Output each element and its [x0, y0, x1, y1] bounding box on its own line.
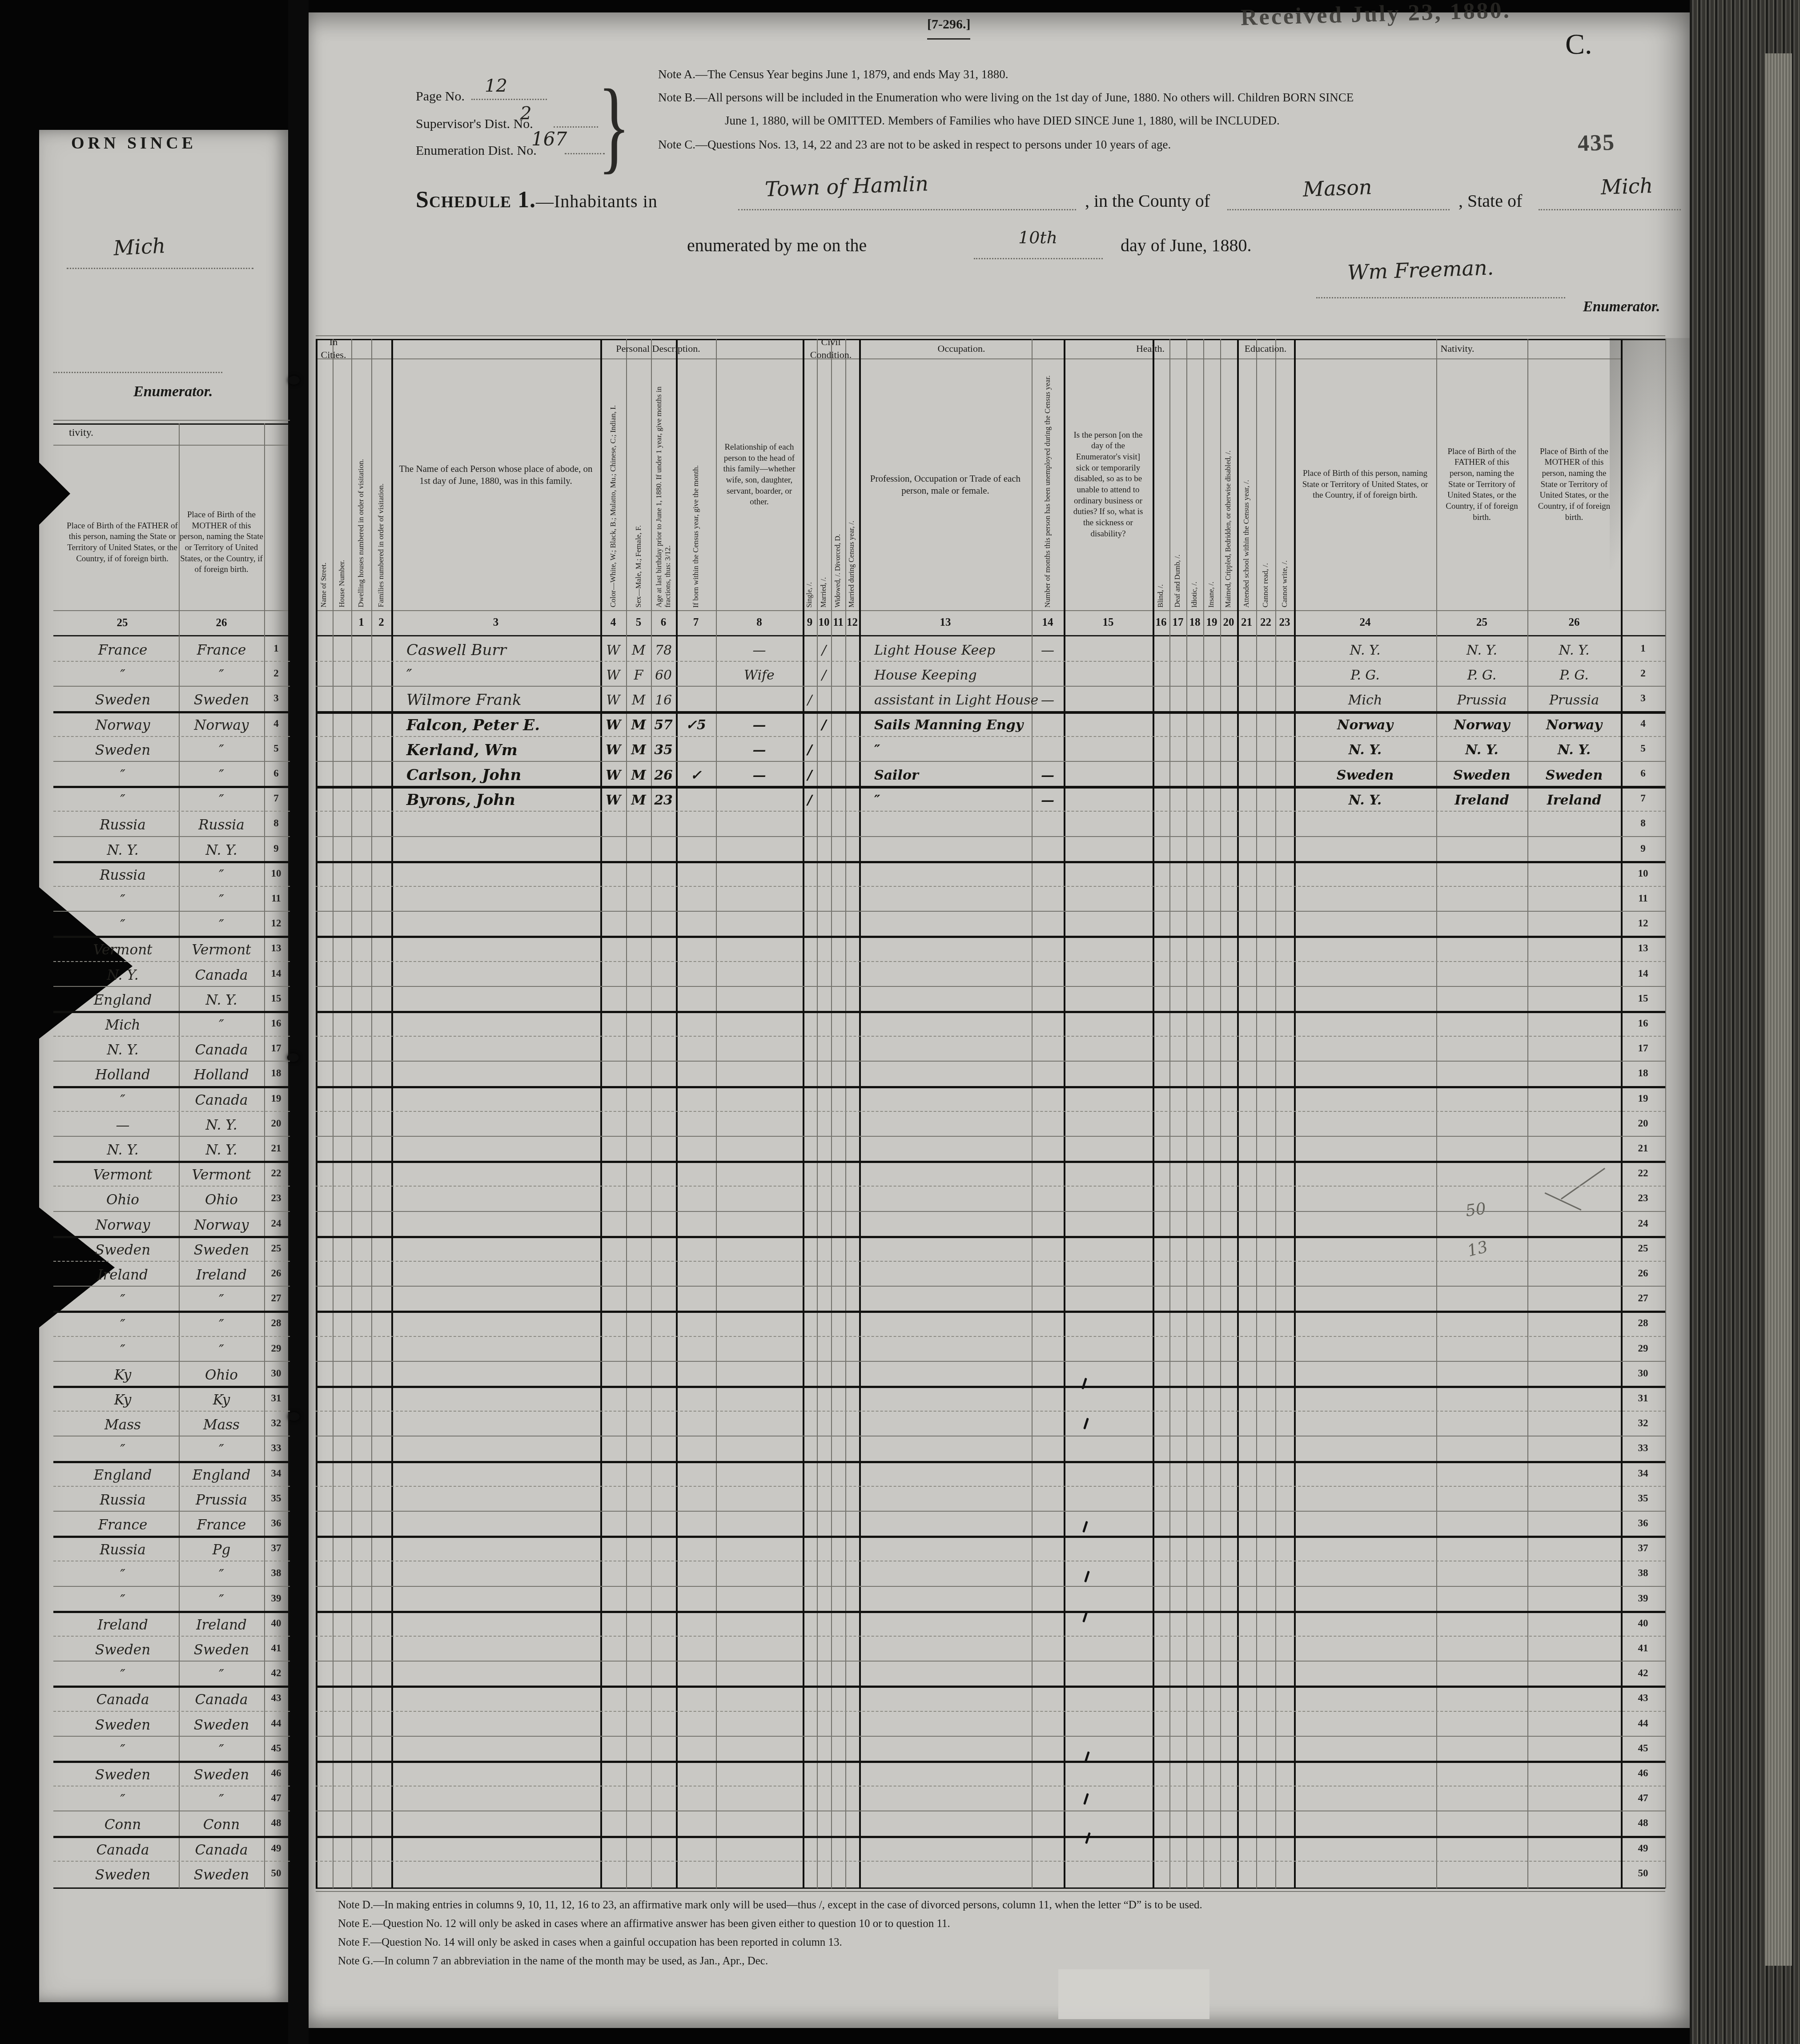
left-row-number-36: 36 [264, 1511, 288, 1536]
left-cell-father-row-42: ″ [67, 1662, 179, 1687]
left-row-number-26: 26 [264, 1261, 288, 1286]
row-line [316, 1461, 1665, 1463]
column-number-c5: 5 [626, 610, 651, 635]
left-cell-mother-row-19: Canada [179, 1088, 264, 1113]
left-cell-father-row-26: Ireland [67, 1263, 179, 1288]
cell-c25-row-3: Prussia [1436, 688, 1527, 712]
enumerated-rest: day of June, 1880. [1121, 235, 1251, 256]
cell-c13-row-7: ″ [859, 788, 1047, 813]
cell-c26-row-4: Norway [1527, 713, 1621, 738]
left-cell-mother-row-2: ″ [179, 663, 264, 688]
left-row-number-11: 11 [264, 886, 288, 911]
row-number-19: 19 [1621, 1086, 1665, 1111]
left-cell-father-row-27: ″ [67, 1288, 179, 1312]
row-line [316, 1561, 1665, 1561]
left-cell-father-row-1: France [67, 638, 179, 663]
row-line [316, 1111, 1665, 1112]
left-enumerator-label: Enumerator. [133, 383, 213, 400]
left-col25-header: Place of Birth of the FATHER of this per… [67, 480, 178, 605]
row-number-18: 18 [1621, 1061, 1665, 1086]
left-cell-mother-row-35: Prussia [179, 1488, 264, 1513]
left-cell-mother-row-13: Vermont [179, 938, 264, 962]
row-line [316, 1086, 1665, 1088]
cell-c14-row-7: — [1032, 788, 1064, 813]
cell-c9-row-5: / [803, 738, 817, 763]
left-cell-father-row-30: Ky [67, 1363, 179, 1388]
cell-c5-row-3: M [626, 688, 651, 712]
left-cell-father-row-18: Holland [67, 1062, 179, 1087]
column-header-text: Single, /. [806, 579, 814, 610]
cell-c8-row-6: — [716, 763, 803, 788]
left-row-number-47: 47 [264, 1786, 288, 1811]
row-line [316, 1861, 1665, 1862]
left-cell-father-row-2: ″ [67, 663, 179, 688]
left-cell-mother-row-15: N. Y. [179, 988, 264, 1013]
row-number-3: 3 [1621, 686, 1665, 711]
enumerator-signature: Wm Freeman. [1347, 255, 1494, 284]
left-row-number-37: 37 [264, 1536, 288, 1561]
schedule-no: Schedule 1. [416, 187, 536, 213]
corner-letter: C. [1565, 28, 1592, 61]
column-header-text: Attended school within the Census year, … [1242, 477, 1251, 610]
left-row-number-50: 50 [264, 1861, 288, 1886]
row-line [316, 1261, 1665, 1262]
column-header-c8: Relationship of each person to the head … [716, 340, 803, 610]
left-cell-mother-row-45: ″ [179, 1738, 264, 1762]
row-number-21: 21 [1621, 1136, 1665, 1161]
page-no-line [471, 99, 547, 100]
row-number-10: 10 [1621, 861, 1665, 886]
note-b2: June 1, 1880, will be OMITTED. Members o… [725, 114, 1280, 128]
row-number-36: 36 [1621, 1511, 1665, 1536]
left-cell-mother-row-20: N. Y. [179, 1113, 264, 1138]
cell-c9-row-7: / [803, 788, 817, 813]
column-header-c2: Families numbered in order of visitation… [371, 340, 391, 610]
group-header: Occupation. [859, 339, 1064, 358]
left-row-number-12: 12 [264, 911, 288, 936]
cell-c9-row-6: / [803, 763, 817, 788]
cell-c4-row-4: W [600, 713, 626, 738]
column-number-c22: 22 [1256, 610, 1275, 635]
left-cell-mother-row-18: Holland [179, 1062, 264, 1087]
row-number-25: 25 [1621, 1236, 1665, 1261]
left-cell-mother-row-43: Canada [179, 1687, 264, 1712]
left-row-number-17: 17 [264, 1036, 288, 1061]
cell-c10-row-4: / [817, 713, 831, 738]
cell-c7-row-4: ✓5 [676, 713, 716, 738]
binding-grommet [288, 376, 300, 385]
supervisor-line [554, 126, 598, 128]
left-cell-mother-row-9: N. Y. [179, 838, 264, 863]
cell-c25-row-2: P. G. [1436, 663, 1527, 688]
cell-c25-row-6: Sweden [1436, 763, 1527, 788]
left-cell-mother-row-50: Sweden [179, 1863, 264, 1887]
row-line [316, 1311, 1665, 1313]
row-number-43: 43 [1621, 1686, 1665, 1710]
left-row-number-28: 28 [264, 1311, 288, 1336]
left-cell-mother-row-3: Sweden [179, 688, 264, 712]
table-bottom-border [316, 1891, 1665, 1892]
row-number-30: 30 [1621, 1361, 1665, 1386]
column-number-c19: 19 [1203, 610, 1220, 635]
census-page-scan: [7-296.] Received July 23, 1880. C. 435 … [0, 0, 1800, 2044]
column-header-c24: Place of Birth of this person, naming St… [1294, 359, 1436, 610]
cell-c4-row-7: W [600, 788, 626, 813]
left-cell-mother-row-21: N. Y. [179, 1138, 264, 1163]
town-line [738, 209, 1076, 210]
row-number-9: 9 [1621, 836, 1665, 861]
note-c: Note C.—Questions Nos. 13, 14, 22 and 23… [658, 138, 1171, 152]
column-header-c1: Dwelling houses numbered in order of vis… [351, 340, 371, 610]
left-row-number-43: 43 [264, 1686, 288, 1710]
grid-vline [1665, 339, 1666, 1888]
cell-c24-row-7: N. Y. [1294, 788, 1436, 813]
column-header-c16: Blind, /. [1153, 359, 1169, 610]
cell-c8-row-2: Wife [716, 663, 803, 688]
cell-c8-row-4: — [716, 713, 803, 738]
left-cell-mother-row-11: ″ [179, 888, 264, 913]
column-number-c3: 3 [391, 610, 600, 635]
left-cell-mother-row-48: Conn [179, 1812, 264, 1837]
cell-c13-row-6: Sailor [859, 763, 1047, 788]
left-cell-mother-row-8: Russia [179, 813, 264, 837]
cell-c3-row-7: Byrons, John [391, 788, 615, 813]
column-number-c18: 18 [1186, 610, 1203, 635]
left-row-number-48: 48 [264, 1811, 288, 1835]
left-cell-mother-row-42: ″ [179, 1662, 264, 1687]
column-header-c17: Deaf and Dumb, /. [1169, 359, 1186, 610]
left-row-number-18: 18 [264, 1061, 288, 1086]
column-header-text: Married during Census year, /. [848, 518, 856, 610]
column-header-c23: Cannot write, /. [1275, 359, 1294, 610]
left-row-number-20: 20 [264, 1111, 288, 1136]
county-value: Mason [1302, 175, 1372, 201]
column-header-c3: The Name of each Person whose place of a… [391, 340, 600, 610]
row-number-33: 33 [1621, 1436, 1665, 1461]
left-cell-father-row-7: ″ [67, 788, 179, 813]
row-line [316, 1536, 1665, 1538]
main-enumerator-label: Enumerator. [1583, 299, 1660, 315]
left-row-number-4: 4 [264, 711, 288, 736]
row-line [316, 1586, 1665, 1587]
cell-c4-row-1: W [600, 638, 626, 663]
row-number-40: 40 [1621, 1611, 1665, 1636]
column-header-text: If born within the Census year, give the… [691, 463, 700, 610]
column-number-c7: 7 [676, 610, 716, 635]
left-cell-father-row-14: N. Y. [67, 963, 179, 988]
left-row-number-3: 3 [264, 686, 288, 711]
column-header-c21: Attended school within the Census year, … [1237, 359, 1256, 610]
left-cell-mother-row-31: Ky [179, 1388, 264, 1412]
row-number-39: 39 [1621, 1586, 1665, 1611]
row-number-14: 14 [1621, 961, 1665, 986]
left-cell-mother-row-29: ″ [179, 1338, 264, 1363]
row-number-12: 12 [1621, 911, 1665, 936]
left-cell-father-row-24: Norway [67, 1213, 179, 1238]
column-header-c19: Insane, /. [1203, 359, 1220, 610]
left-cell-father-row-16: Mich [67, 1013, 179, 1038]
number-row-divider [316, 635, 1665, 636]
cell-c3-row-4: Falcon, Peter E. [391, 713, 615, 738]
column-number-c10: 10 [817, 610, 831, 635]
left-row-number-30: 30 [264, 1361, 288, 1386]
leftpage-line [53, 635, 290, 636]
cell-c13-row-3: assistant in Light House [859, 688, 1047, 712]
left-row-number-44: 44 [264, 1711, 288, 1736]
left-cell-father-row-21: N. Y. [67, 1138, 179, 1163]
row-line [316, 1411, 1665, 1412]
row-line [316, 961, 1665, 962]
row-number-46: 46 [1621, 1761, 1665, 1786]
row-line [316, 1036, 1665, 1037]
supervisor-value: 2 [520, 103, 531, 124]
column-header-house: House Number. [333, 359, 351, 610]
left-row-number-16: 16 [264, 1011, 288, 1036]
row-line [316, 861, 1665, 863]
left-cell-mother-row-17: Canada [179, 1038, 264, 1062]
leftpage-line [53, 610, 290, 611]
cell-c8-row-5: — [716, 738, 803, 763]
cell-c6-row-1: 78 [651, 638, 676, 663]
cell-c10-row-1: / [817, 638, 831, 663]
left-cell-mother-row-6: ″ [179, 763, 264, 788]
column-header-c14: Number of months this person has been un… [1032, 359, 1064, 610]
footer-note-d: Note D.—In making entries in columns 9, … [338, 1899, 1494, 1911]
left-cell-father-row-33: ″ [67, 1437, 179, 1462]
row-line [316, 986, 1665, 987]
cell-c5-row-1: M [626, 638, 651, 663]
row-number-2: 2 [1621, 661, 1665, 686]
column-number-c15: 15 [1064, 610, 1153, 635]
left-cell-father-row-37: Russia [67, 1537, 179, 1562]
left-cell-father-row-6: ″ [67, 763, 179, 788]
row-number-48: 48 [1621, 1811, 1665, 1835]
column-header-c6: Age at last birthday prior to June 1, 18… [651, 359, 676, 610]
left-cell-father-row-28: ″ [67, 1312, 179, 1337]
left-cell-mother-row-10: ″ [179, 863, 264, 888]
group-header: Health. [1064, 339, 1237, 358]
table-bottom-border [316, 1887, 1665, 1889]
note-b1: Note B.—All persons will be included in … [658, 91, 1354, 105]
left-cell-mother-row-7: ″ [179, 788, 264, 813]
left-cell-father-row-44: Sweden [67, 1713, 179, 1738]
left-row-number-10: 10 [264, 861, 288, 886]
cell-c9-row-3: / [803, 688, 817, 712]
left-state-handwritten: Mich [113, 233, 166, 260]
row-number-32: 32 [1621, 1411, 1665, 1436]
cell-c25-row-7: Ireland [1436, 788, 1527, 813]
group-header: Education. [1237, 339, 1294, 358]
left-cell-father-row-40: Ireland [67, 1613, 179, 1638]
left-row-number-13: 13 [264, 936, 288, 961]
left-row-number-8: 8 [264, 811, 288, 836]
group-header: In Cities. [316, 339, 351, 358]
cell-c26-row-2: P. G. [1527, 663, 1621, 688]
left-state-line [67, 268, 253, 269]
cell-c7-row-6: ✓ [676, 763, 716, 788]
cell-c26-row-1: N. Y. [1527, 638, 1621, 663]
enumerated-day: 10th [1018, 228, 1057, 247]
row-number-15: 15 [1621, 986, 1665, 1011]
column-number-c17: 17 [1169, 610, 1186, 635]
column-header-text: Families numbered in order of visitation… [377, 481, 386, 610]
cell-c6-row-7: 23 [651, 788, 676, 813]
day-line [974, 258, 1103, 259]
row-number-8: 8 [1621, 811, 1665, 836]
left-cell-father-row-17: N. Y. [67, 1038, 179, 1062]
left-cell-mother-row-28: ″ [179, 1312, 264, 1337]
row-line [316, 1236, 1665, 1238]
column-number-c13: 13 [859, 610, 1032, 635]
row-line [316, 1711, 1665, 1712]
cell-c26-row-7: Ireland [1527, 788, 1621, 813]
row-line [316, 1786, 1665, 1786]
left-row-number-1: 1 [264, 636, 288, 661]
left-cell-mother-row-49: Canada [179, 1838, 264, 1863]
column-number-c11: 11 [831, 610, 845, 635]
left-row-number-40: 40 [264, 1611, 288, 1636]
left-row-number-24: 24 [264, 1211, 288, 1236]
column-header-c13: Profession, Occupation or Trade of each … [859, 359, 1032, 610]
left-cell-mother-row-24: Norway [179, 1213, 264, 1238]
left-cell-father-row-43: Canada [67, 1687, 179, 1712]
row-line [316, 836, 1665, 837]
column-header-text: Idiotic, /. [1191, 579, 1199, 610]
row-line [316, 1436, 1665, 1436]
cell-c24-row-2: P. G. [1294, 663, 1436, 688]
cell-c26-row-3: Prussia [1527, 688, 1621, 712]
cell-c26-row-6: Sweden [1527, 763, 1621, 788]
left-cell-father-row-12: ″ [67, 913, 179, 938]
row-line [316, 1636, 1665, 1637]
row-line [316, 1336, 1665, 1337]
column-header-street: Name of Street. [316, 359, 333, 610]
left-row-number-29: 29 [264, 1336, 288, 1361]
row-number-35: 35 [1621, 1486, 1665, 1511]
column-number-c26: 26 [1527, 610, 1621, 635]
left-blank-line [53, 372, 222, 373]
left-row-number-2: 2 [264, 661, 288, 686]
cell-c3-row-5: Kerland, Wm [391, 738, 615, 763]
left-cell-father-row-49: Canada [67, 1838, 179, 1863]
row-line [316, 1361, 1665, 1362]
cell-c14-row-6: — [1032, 763, 1064, 788]
left-cell-mother-row-39: ″ [179, 1588, 264, 1613]
column-number-house [333, 610, 351, 635]
row-number-17: 17 [1621, 1036, 1665, 1061]
left-cell-father-row-15: England [67, 988, 179, 1013]
column-number-c6: 6 [651, 610, 676, 635]
left-cell-father-row-36: France [67, 1513, 179, 1537]
cell-c5-row-7: M [626, 788, 651, 813]
column-header-c20: Maimed, Crippled, Bedridden, or otherwis… [1220, 359, 1237, 610]
column-header-c15: Is the person [on the day of the Enumera… [1064, 359, 1153, 610]
row-number-23: 23 [1621, 1186, 1665, 1211]
left-cell-mother-row-30: Ohio [179, 1363, 264, 1388]
page-number-stamp: 435 [1577, 129, 1615, 157]
cell-c14-row-1: — [1032, 638, 1064, 663]
left-cell-father-row-13: Vermont [67, 938, 179, 962]
left-cell-mother-row-27: ″ [179, 1288, 264, 1312]
row-number-27: 27 [1621, 1286, 1665, 1311]
cell-c24-row-5: N. Y. [1294, 738, 1436, 763]
row-line [316, 1211, 1665, 1212]
left-col26-header: Place of Birth of the MOTHER of this per… [179, 480, 264, 605]
cell-c6-row-3: 16 [651, 688, 676, 712]
column-header-text: Number of months this person has been un… [1043, 373, 1052, 610]
left-row-number-22: 22 [264, 1161, 288, 1186]
cell-c25-row-4: Norway [1436, 713, 1527, 738]
row-number-37: 37 [1621, 1536, 1665, 1561]
page-no-label: Page No. [416, 89, 465, 104]
column-number-c8: 8 [716, 610, 803, 635]
row-number-31: 31 [1621, 1386, 1665, 1411]
footer-note-f: Note F.—Question No. 14 will only be ask… [338, 1936, 842, 1949]
left-row-number-31: 31 [264, 1386, 288, 1411]
row-line [316, 1736, 1665, 1737]
form-number: [7-296.] [927, 17, 970, 40]
page-no-value: 12 [485, 76, 507, 96]
row-line [316, 1611, 1665, 1613]
row-line [316, 911, 1665, 912]
county-label: , in the County of [1085, 190, 1210, 211]
cell-c8-row-1: — [716, 638, 803, 663]
cell-c5-row-2: F [626, 663, 651, 688]
left-cell-father-row-20: — [67, 1113, 179, 1138]
left-row-number-45: 45 [264, 1736, 288, 1761]
left-cell-mother-row-46: Sweden [179, 1762, 264, 1787]
left-cell-mother-row-5: ″ [179, 738, 264, 763]
cell-c6-row-6: 26 [651, 763, 676, 788]
leftpage-top-border [53, 423, 290, 425]
cell-c3-row-6: Carlson, John [391, 763, 615, 788]
left-row-number-5: 5 [264, 736, 288, 761]
left-cell-father-row-50: Sweden [67, 1863, 179, 1887]
left-cell-father-row-35: Russia [67, 1488, 179, 1513]
row-line [316, 1011, 1665, 1013]
left-cell-father-row-19: ″ [67, 1088, 179, 1113]
row-number-42: 42 [1621, 1661, 1665, 1686]
column-number-c23: 23 [1275, 610, 1294, 635]
row-number-34: 34 [1621, 1461, 1665, 1486]
left-cell-father-row-32: Mass [67, 1412, 179, 1437]
left-col25-number: 25 [67, 611, 178, 635]
column-header-text: Dwelling houses numbered in order of vis… [357, 456, 366, 610]
row-number-47: 47 [1621, 1786, 1665, 1811]
cell-c24-row-1: N. Y. [1294, 638, 1436, 663]
row-line [316, 886, 1665, 887]
cell-c6-row-5: 35 [651, 738, 676, 763]
left-cell-father-row-3: Sweden [67, 688, 179, 712]
column-header-text: Age at last birthday prior to June 1, 18… [655, 365, 672, 610]
cell-c3-row-1: Caswell Burr [391, 638, 615, 663]
column-number-c12: 12 [845, 610, 859, 635]
cell-c24-row-6: Sweden [1294, 763, 1436, 788]
left-cell-mother-row-38: ″ [179, 1562, 264, 1587]
cell-c26-row-5: N. Y. [1527, 738, 1621, 763]
left-row-number-32: 32 [264, 1411, 288, 1436]
left-row-number-14: 14 [264, 961, 288, 986]
column-number-c9: 9 [803, 610, 817, 635]
column-header-text: Color—White, W.; Black, B.; Mulatto, Mu.… [609, 402, 618, 610]
state-value: Mich [1600, 173, 1653, 199]
leftpage-vline [288, 423, 290, 1888]
column-header-text: Deaf and Dumb, /. [1174, 552, 1182, 610]
column-number-c25: 25 [1436, 610, 1527, 635]
row-line [316, 1511, 1665, 1512]
group-header: Nativity. [1294, 339, 1621, 358]
row-number-6: 6 [1621, 761, 1665, 786]
